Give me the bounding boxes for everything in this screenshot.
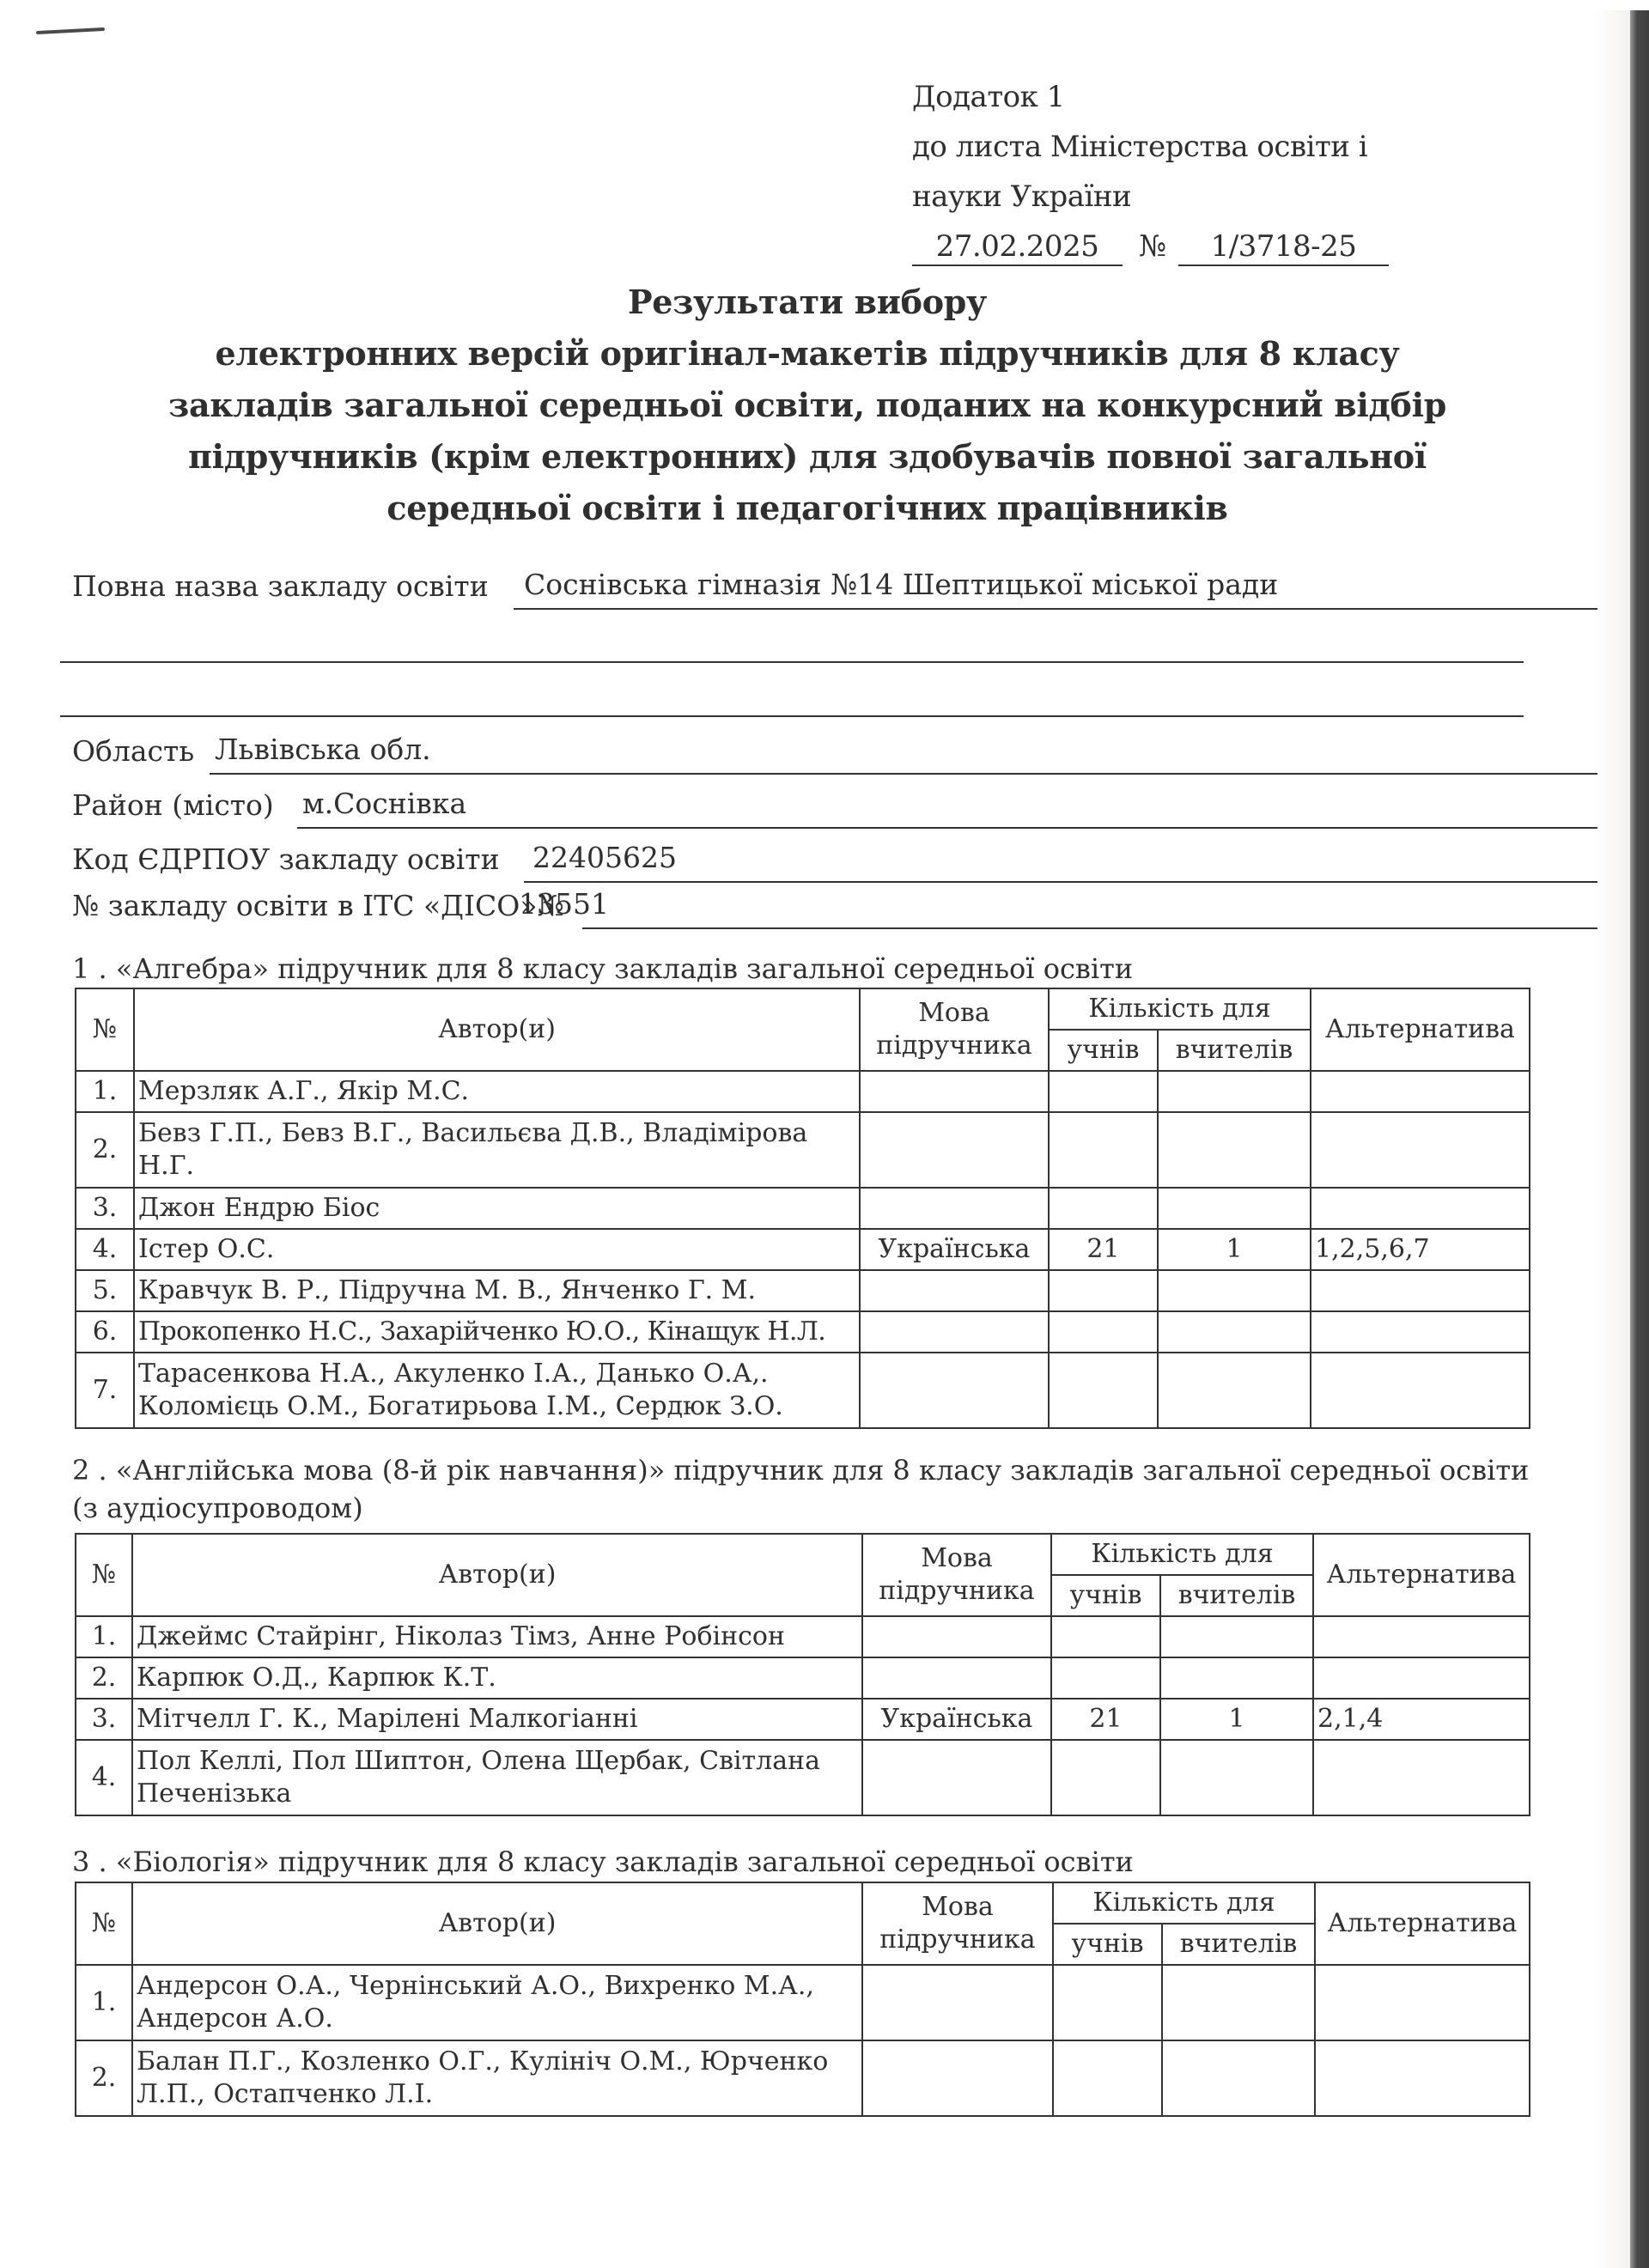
document-title: Результати вибору електронних версій ори…	[52, 277, 1563, 534]
section-2-table: № Автор(и) Мовапідручника Кількість для …	[75, 1533, 1530, 1816]
row-teachers	[1160, 1616, 1313, 1657]
attachment-date-line: 27.02.2025 № 1/3718-25	[912, 222, 1367, 271]
row-alternative	[1315, 1965, 1530, 2040]
attachment-line-1: Додаток 1	[912, 72, 1367, 122]
row-teachers	[1158, 1071, 1311, 1112]
edrpou-label: Код ЄДРПОУ закладу освіти	[72, 840, 500, 879]
row-students	[1049, 1270, 1158, 1311]
row-students	[1051, 1616, 1160, 1657]
district-label: Район (місто)	[72, 786, 274, 825]
field-full-name: Повна назва закладу освіти Соснівська гі…	[72, 567, 1532, 610]
col-authors: Автор(и)	[132, 1534, 862, 1616]
row-num: 6.	[76, 1311, 134, 1353]
row-language	[862, 2040, 1053, 2116]
row-students	[1049, 1353, 1158, 1428]
section-3-title: 3 . «Біологія» підручник для 8 класу зак…	[72, 1843, 1532, 1881]
row-students: 21	[1051, 1699, 1160, 1740]
row-authors: Прокопенко Н.С., Захарійченко Ю.О., Кіна…	[134, 1311, 860, 1353]
col-alternative: Альтернатива	[1311, 988, 1530, 1071]
col-authors: Автор(и)	[132, 1882, 862, 1965]
section-1-table: № Автор(и) Мовапідручника Кількість для …	[75, 988, 1530, 1429]
attachment-line-3: науки України	[912, 172, 1367, 222]
field-district: Район (місто) м.Соснівка	[72, 786, 1532, 829]
row-authors: Мітчелл Г. К., Марілені Малкогіанні	[132, 1699, 862, 1740]
number-sign: №	[1139, 222, 1166, 271]
full-name-label: Повна назва закладу освіти	[72, 567, 489, 606]
row-students	[1053, 1965, 1162, 2040]
full-name-underline	[514, 608, 1597, 610]
row-teachers	[1158, 1353, 1311, 1428]
field-edrpou: Код ЄДРПОУ закладу освіти 22405625	[72, 840, 1532, 883]
table-row: 4. Істер О.С. Українська 21 1 1,2,5,6,7	[76, 1229, 1530, 1270]
col-authors: Автор(и)	[134, 988, 860, 1071]
section-1-title: 1 . «Алгебра» підручник для 8 класу закл…	[72, 950, 1532, 988]
section-3-table: № Автор(и) Мовапідручника Кількість для …	[75, 1882, 1530, 2117]
row-authors: Тарасенкова Н.А., Акуленко І.А., Данько …	[134, 1353, 860, 1428]
row-language: Українська	[862, 1699, 1051, 1740]
col-alternative: Альтернатива	[1315, 1882, 1530, 1965]
region-label: Область	[72, 732, 194, 771]
col-count-for: Кількість для	[1049, 988, 1311, 1030]
table-row: 1. Джеймс Стайрінг, Ніколаз Тімз, Анне Р…	[76, 1616, 1530, 1657]
row-authors: Істер О.С.	[134, 1229, 860, 1270]
district-value: м.Соснівка	[302, 784, 466, 824]
letter-number: 1/3718-25	[1178, 222, 1389, 266]
col-count-for: Кількість для	[1051, 1534, 1313, 1575]
title-line-5: середньої освіти і педагогічних працівни…	[52, 483, 1563, 534]
row-alternative	[1313, 1740, 1530, 1815]
row-authors: Бевз Г.П., Бевз В.Г., Васильєва Д.В., Вл…	[134, 1112, 860, 1188]
row-alternative	[1311, 1270, 1530, 1311]
col-teachers: вчителів	[1158, 1030, 1311, 1071]
edrpou-value: 22405625	[532, 838, 677, 878]
row-authors: Мерзляк А.Г., Якір М.С.	[134, 1071, 860, 1112]
row-authors: Кравчук В. Р., Підручна М. В., Янченко Г…	[134, 1270, 860, 1311]
row-language	[862, 1616, 1051, 1657]
row-alternative	[1313, 1657, 1530, 1699]
section-2-title: 2 . «Англійська мова (8-й рік навчання)»…	[72, 1451, 1532, 1527]
row-num: 5.	[76, 1270, 134, 1311]
col-teachers: вчителів	[1162, 1924, 1315, 1965]
blank-underline-2	[60, 715, 1524, 717]
title-line-1: Результати вибору	[52, 277, 1563, 328]
row-num: 2.	[76, 2040, 132, 2116]
row-alternative	[1311, 1112, 1530, 1188]
col-language: Мовапідручника	[862, 1534, 1051, 1616]
row-language	[860, 1071, 1049, 1112]
row-language: Українська	[860, 1229, 1049, 1270]
row-authors: Джон Ендрю Біос	[134, 1188, 860, 1229]
table-row: 6. Прокопенко Н.С., Захарійченко Ю.О., К…	[76, 1311, 1530, 1353]
col-alternative: Альтернатива	[1313, 1534, 1530, 1616]
itc-value: 13551	[519, 885, 609, 924]
attachment-header: Додаток 1 до листа Міністерства освіти і…	[912, 72, 1367, 271]
itc-underline	[582, 927, 1597, 929]
letter-date: 27.02.2025	[912, 222, 1123, 266]
title-line-2: електронних версій оригінал-макетів підр…	[52, 328, 1563, 380]
row-alternative	[1311, 1353, 1530, 1428]
col-students: учнів	[1051, 1575, 1160, 1616]
region-value: Львівська обл.	[215, 730, 431, 769]
row-alternative: 1,2,5,6,7	[1311, 1229, 1530, 1270]
row-authors: Пол Келлі, Пол Шиптон, Олена Щербак, Сві…	[132, 1740, 862, 1815]
scan-edge-strip	[1630, 10, 1649, 2268]
row-teachers	[1160, 1657, 1313, 1699]
row-alternative	[1311, 1311, 1530, 1353]
row-language	[860, 1188, 1049, 1229]
row-num: 2.	[76, 1657, 132, 1699]
row-num: 7.	[76, 1353, 134, 1428]
itc-label: № закладу освіти в ІТС «ДІСО»№	[72, 886, 564, 926]
table-row: 2. Карпюк О.Д., Карпюк К.Т.	[76, 1657, 1530, 1699]
row-num: 1.	[76, 1965, 132, 2040]
attachment-line-2: до листа Міністерства освіти і	[912, 122, 1367, 172]
table-row: 1. Андерсон О.А., Чернінський А.О., Вихр…	[76, 1965, 1530, 2040]
row-num: 3.	[76, 1699, 132, 1740]
field-itc: № закладу освіти в ІТС «ДІСО»№ 13551	[72, 886, 1532, 929]
row-alternative	[1313, 1616, 1530, 1657]
col-num: №	[76, 1534, 132, 1616]
district-underline	[297, 827, 1597, 829]
col-language: Мовапідручника	[862, 1882, 1053, 1965]
row-language	[860, 1311, 1049, 1353]
row-num: 4.	[76, 1229, 134, 1270]
row-num: 1.	[76, 1071, 134, 1112]
row-num: 1.	[76, 1616, 132, 1657]
row-teachers: 1	[1160, 1699, 1313, 1740]
row-students	[1049, 1112, 1158, 1188]
col-students: учнів	[1049, 1030, 1158, 1071]
row-teachers	[1158, 1188, 1311, 1229]
row-students	[1053, 2040, 1162, 2116]
table-row: 7. Тарасенкова Н.А., Акуленко І.А., Дань…	[76, 1353, 1530, 1428]
row-students	[1049, 1071, 1158, 1112]
title-line-3: закладів загальної середньої освіти, под…	[52, 380, 1563, 431]
row-language	[862, 1965, 1053, 2040]
row-students: 21	[1049, 1229, 1158, 1270]
row-alternative	[1311, 1188, 1530, 1229]
row-authors: Балан П.Г., Козленко О.Г., Кулініч О.М.,…	[132, 2040, 862, 2116]
col-students: учнів	[1053, 1924, 1162, 1965]
row-alternative	[1311, 1071, 1530, 1112]
field-region: Область Львівська обл.	[72, 732, 1532, 775]
row-language	[862, 1740, 1051, 1815]
pen-mark	[36, 27, 105, 34]
col-teachers: вчителів	[1160, 1575, 1313, 1616]
row-teachers: 1	[1158, 1229, 1311, 1270]
table-row: 1. Мерзляк А.Г., Якір М.С.	[76, 1071, 1530, 1112]
blank-underline-1	[60, 661, 1524, 663]
region-underline	[210, 773, 1597, 775]
row-students	[1051, 1740, 1160, 1815]
row-students	[1049, 1188, 1158, 1229]
table-row: 2. Балан П.Г., Козленко О.Г., Кулініч О.…	[76, 2040, 1530, 2116]
table-row: 4. Пол Келлі, Пол Шиптон, Олена Щербак, …	[76, 1740, 1530, 1815]
row-num: 2.	[76, 1112, 134, 1188]
row-alternative	[1315, 2040, 1530, 2116]
row-language	[862, 1657, 1051, 1699]
col-count-for: Кількість для	[1053, 1882, 1315, 1924]
row-language	[860, 1112, 1049, 1188]
row-teachers	[1158, 1112, 1311, 1188]
table-row: 3. Мітчелл Г. К., Марілені Малкогіанні У…	[76, 1699, 1530, 1740]
row-students	[1051, 1657, 1160, 1699]
edrpou-underline	[524, 881, 1597, 883]
row-language	[860, 1270, 1049, 1311]
table-row: 3. Джон Ендрю Біос	[76, 1188, 1530, 1229]
col-num: №	[76, 988, 134, 1071]
row-num: 3.	[76, 1188, 134, 1229]
row-teachers	[1160, 1740, 1313, 1815]
col-num: №	[76, 1882, 132, 1965]
row-teachers	[1162, 2040, 1315, 2116]
table-row: 5. Кравчук В. Р., Підручна М. В., Янченк…	[76, 1270, 1530, 1311]
row-students	[1049, 1311, 1158, 1353]
row-authors: Андерсон О.А., Чернінський А.О., Вихренк…	[132, 1965, 862, 2040]
col-language: Мовапідручника	[860, 988, 1049, 1071]
full-name-value: Соснівська гімназія №14 Шептицької міськ…	[524, 565, 1278, 605]
row-language	[860, 1353, 1049, 1428]
row-alternative: 2,1,4	[1313, 1699, 1530, 1740]
row-num: 4.	[76, 1740, 132, 1815]
title-line-4: підручників (крім електронних) для здобу…	[52, 431, 1563, 483]
row-authors: Джеймс Стайрінг, Ніколаз Тімз, Анне Робі…	[132, 1616, 862, 1657]
table-row: 2. Бевз Г.П., Бевз В.Г., Васильєва Д.В.,…	[76, 1112, 1530, 1188]
row-authors: Карпюк О.Д., Карпюк К.Т.	[132, 1657, 862, 1699]
row-teachers	[1158, 1270, 1311, 1311]
scan-edge-shadow	[1596, 10, 1630, 2268]
row-teachers	[1158, 1311, 1311, 1353]
row-teachers	[1162, 1965, 1315, 2040]
